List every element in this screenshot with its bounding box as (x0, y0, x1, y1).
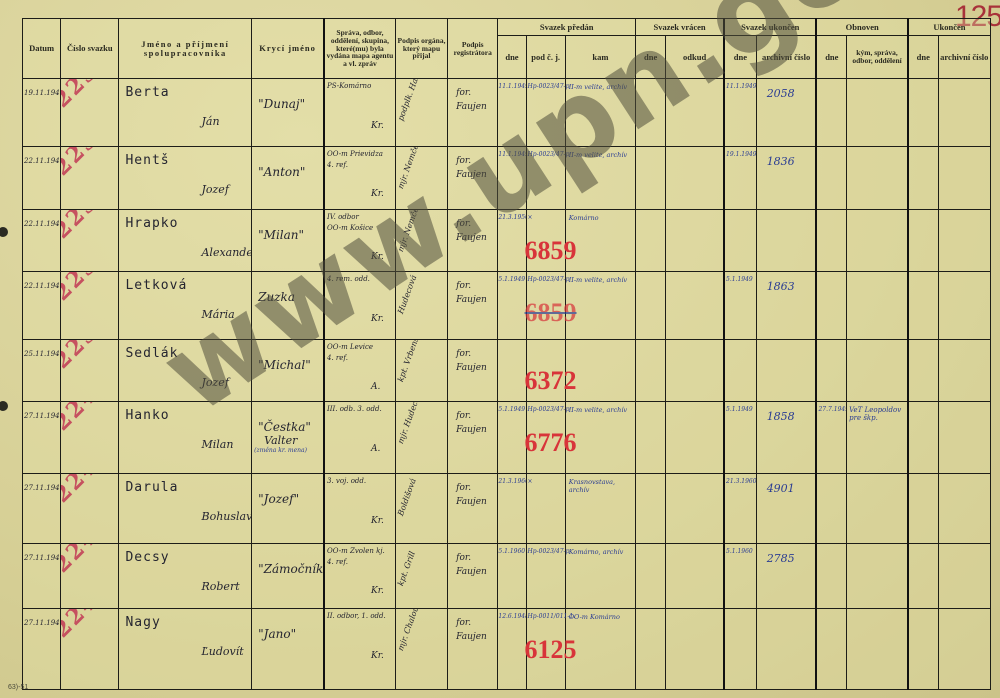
cell-predan-kam: OO-m Komárno (565, 609, 635, 690)
header-predan-pod-cj: pod č. j. (526, 36, 565, 79)
header-podpis-registratora: Podpis registrátora (448, 19, 498, 79)
cell-ukoncen-archivni-cislo: 2058 (756, 79, 816, 147)
header-ukoncen-dne: dne (724, 36, 756, 79)
cell-cislo-svazku: 2242 (61, 544, 119, 609)
handed-ref-number: × (528, 214, 533, 221)
cell-vracen-dne (636, 544, 666, 609)
table-row: ✓ 25.11.1947 2239 Sedlák Jozef "Michal" … (23, 340, 991, 402)
department: OO-m Levice (327, 343, 373, 351)
cell-ukoncen-archivni-cislo: 1858 (756, 402, 816, 474)
first-name: Jozef (201, 183, 228, 196)
surname: Berta (125, 85, 169, 100)
department-line2: 4. ref. (327, 354, 348, 362)
first-name: Alexander (201, 246, 251, 259)
cell-datum: ✓ 22.11.1947 (23, 147, 61, 210)
cell-vracen-dne (636, 210, 666, 272)
handed-destination: II-m velite, archív (569, 276, 629, 284)
cell-predan-dne: 21.3.1950 (498, 210, 526, 272)
cell-kryci-jmeno: Zuzka (252, 272, 324, 340)
renewed-by: VeT Leopoldov pre škp. (849, 406, 907, 422)
cell-ukoncen-archivni-cislo (756, 340, 816, 402)
header-datum: Datum (23, 19, 61, 79)
cell-vracen-dne (636, 402, 666, 474)
agent-registry-ledger: Datum Číslo svazku Jméno a příjmení spol… (22, 18, 991, 690)
cell-predan-cj: Hp-0023/47-p (526, 79, 565, 147)
cell-cislo-svazku: 2235 (61, 79, 119, 147)
cell-predan-kam: II-m velite, archív (565, 272, 635, 340)
bundle-number-stamp: 2240 (61, 402, 116, 437)
bundle-number-stamp: 2236 (61, 147, 116, 182)
header-svazek-vracen: Svazek vrácen (636, 19, 724, 36)
surname: Hrapko (125, 216, 178, 231)
department: IV. odbor (327, 213, 359, 221)
cell-predan-kam (565, 340, 635, 402)
cell-ukoncen-dne: 19.1.1949 (724, 147, 756, 210)
department-line2: 4. ref. (327, 161, 348, 169)
surname: Sedlák (125, 346, 178, 361)
renewed-date: 27.7.1949 (818, 406, 846, 413)
code-name: "Čestka" (258, 420, 311, 434)
cell-predan-cj: × (526, 474, 565, 544)
header-cislo-svazku: Číslo svazku (61, 19, 119, 79)
bundle-number-stamp: 2237 (61, 210, 116, 245)
closed-date: 11.1.1949 (726, 83, 756, 90)
header-final-dne: dne (908, 36, 938, 79)
registrar-signature: for. Faujen (456, 410, 486, 437)
cell-podpis-organa: mjr. Nemček (395, 147, 447, 210)
first-name: Jozef (201, 376, 228, 389)
cell-ukoncen-dne: 11.1.1949 (724, 79, 756, 147)
form-code: 63)-51 (8, 684, 28, 691)
cell-vracen-odkud (666, 79, 724, 147)
cell-kryci-jmeno: "Jano" (252, 609, 324, 690)
closed-date: 5.1.1960 (726, 548, 753, 555)
code-name: "Jozef" (258, 492, 299, 506)
cell-vracen-odkud (666, 210, 724, 272)
department-signature: Kr. (371, 651, 384, 661)
header-obnoven-kym: kým, správa, odbor, oddělení (847, 36, 908, 79)
code-name-note: (změna kr. mena) (254, 447, 307, 454)
header-ukoncen: Ukončen (908, 19, 991, 36)
cell-datum: ✓ 19.11.1947 (23, 79, 61, 147)
department-line2: OO-m Košice (327, 224, 373, 232)
registrar-signature: for. Faujen (456, 155, 486, 182)
punch-hole-top (0, 227, 8, 237)
cell-vracen-dne (636, 272, 666, 340)
handed-date: 5.1.1960 (498, 548, 525, 555)
cell-podpis-registratora: for. Faujen (448, 544, 498, 609)
cell-jmeno: Hentš Jozef (119, 147, 252, 210)
cell-sprava: 3. voj. odd. Kr. (324, 474, 395, 544)
handed-destination: Komárno, archív (569, 548, 629, 556)
cell-ukoncen-dne (724, 609, 756, 690)
cell-datum: ✓ 27.11.1947 (23, 609, 61, 690)
code-name: "Zámočník" (258, 562, 324, 576)
handed-ref-number: Hp-0023/47-p (528, 548, 570, 555)
cell-obnoven-dne (816, 609, 846, 690)
table-row: ✓ 22.11.1947 2238 Letková Mária Zuzka 4.… (23, 272, 991, 340)
cell-obnoven-kym (847, 474, 908, 544)
cell-sprava: OO-m Zvolen kj. 4. ref. Kr. (324, 544, 395, 609)
cell-final-dne (908, 402, 938, 474)
cell-vracen-dne (636, 474, 666, 544)
registrar-signature: for. Faujen (456, 617, 486, 644)
cell-vracen-dne (636, 79, 666, 147)
surname: Darula (125, 480, 178, 495)
cell-podpis-registratora: for. Faujen (448, 609, 498, 690)
cell-obnoven-dne (816, 79, 846, 147)
cell-jmeno: Letková Mária (119, 272, 252, 340)
header-obnoven-dne: dne (816, 36, 846, 79)
first-name: Ján (201, 115, 219, 128)
cell-ukoncen-dne: 5.1.1960 (724, 544, 756, 609)
cell-predan-dne: 5.1.1949 (498, 402, 526, 474)
datum-value: 22.11.1947 (24, 282, 61, 290)
cell-ukoncen-archivni-cislo: 2785 (756, 544, 816, 609)
bundle-number-stamp: 2242 (61, 544, 116, 579)
first-name: Ľudovít (201, 645, 243, 658)
cell-obnoven-dne (816, 544, 846, 609)
department-line2: 4. ref. (327, 558, 348, 566)
cell-final-archivni-cislo (938, 79, 990, 147)
cell-jmeno: Sedlák Jozef (119, 340, 252, 402)
handed-ref-number: × (528, 478, 533, 485)
table-row: ✓ 22.11.1947 2237 Hrapko Alexander "Mila… (23, 210, 991, 272)
handed-destination: II-m velite, archív (569, 83, 629, 91)
cell-podpis-organa: kpt. Vrbenský (395, 340, 447, 402)
cell-obnoven-dne (816, 147, 846, 210)
cell-final-dne (908, 147, 938, 210)
cell-sprava: III. odb. 3. odd. A. (324, 402, 395, 474)
cell-kryci-jmeno: "Dunaj" (252, 79, 324, 147)
department: II. odbor, 1. odd. (327, 612, 386, 620)
cell-datum: ✓ 22.11.1947 (23, 272, 61, 340)
cell-cislo-svazku: 2240 (61, 402, 119, 474)
header-podpis-organa: Podpis orgána, který mapu přijal (395, 19, 447, 79)
department-signature: Kr. (371, 252, 384, 262)
datum-value: 27.11.1947 (24, 619, 61, 627)
cell-final-archivni-cislo (938, 210, 990, 272)
cell-vracen-dne (636, 340, 666, 402)
cell-predan-dne: 21.3.1960 (498, 474, 526, 544)
cell-ukoncen-dne: 21.3.1960 (724, 474, 756, 544)
department-signature: A. (371, 444, 380, 454)
archive-number: 4901 (767, 482, 795, 495)
department: OO-m Zvolen kj. (327, 547, 385, 555)
officer-signature: mjr. Hudecký (396, 402, 423, 446)
department: 3. voj. odd. (327, 477, 366, 485)
cell-vracen-odkud (666, 474, 724, 544)
punch-hole-bottom (0, 401, 8, 411)
cell-final-dne (908, 210, 938, 272)
cell-podpis-organa: mjr. Nemček (395, 210, 447, 272)
department-signature: Kr. (371, 121, 384, 131)
cell-datum: ✓ 27.11.1947 (23, 544, 61, 609)
cell-kryci-jmeno: "Jozef" (252, 474, 324, 544)
cell-obnoven-dne: 27.7.1949 (816, 402, 846, 474)
department: III. odb. 3. odd. (327, 405, 382, 413)
handed-date: 11.1.1949 (498, 83, 526, 90)
cell-vracen-odkud (666, 402, 724, 474)
code-name-new: Valter (264, 434, 297, 447)
cell-jmeno: Hanko Milan (119, 402, 252, 474)
cell-ukoncen-dne (724, 210, 756, 272)
surname: Decsy (125, 550, 169, 565)
cell-final-archivni-cislo (938, 147, 990, 210)
cell-vracen-odkud (666, 609, 724, 690)
cell-final-dne (908, 272, 938, 340)
header-svazek-ukoncen: Svazek ukončen (724, 19, 816, 36)
cell-final-dne (908, 340, 938, 402)
registrar-signature: for. Faujen (456, 218, 486, 245)
cell-final-archivni-cislo (938, 544, 990, 609)
cell-podpis-registratora: for. Faujen (448, 147, 498, 210)
cell-sprava: OO-m Levice 4. ref. A. (324, 340, 395, 402)
table-row: ✓ 27.11.1947 2243 Nagy Ľudovít "Jano" II… (23, 609, 991, 690)
bundle-number-stamp: 2243 (61, 609, 116, 644)
surname: Hentš (125, 153, 169, 168)
cell-kryci-jmeno: "Zámočník" (252, 544, 324, 609)
code-name: "Dunaj" (258, 97, 305, 111)
cell-podpis-registratora: for. Faujen (448, 402, 498, 474)
cell-predan-kam: Komárno (565, 210, 635, 272)
cell-jmeno: Hrapko Alexander (119, 210, 252, 272)
cell-predan-cj: × 6859 (526, 210, 565, 272)
code-name: "Anton" (258, 165, 305, 179)
cell-cislo-svazku: 2236 (61, 147, 119, 210)
cell-jmeno: Nagy Ľudovít (119, 609, 252, 690)
handed-destination: Komárno (569, 214, 629, 222)
archive-number: 2058 (767, 87, 795, 100)
cell-final-dne (908, 544, 938, 609)
department: PS-Komárno (327, 82, 371, 90)
header-sprava: Správa, odbor, oddělení, skupina, které(… (324, 19, 395, 79)
cell-final-archivni-cislo (938, 402, 990, 474)
header-final-archivni-cislo: archivní číslo (938, 36, 990, 79)
cell-obnoven-kym (847, 147, 908, 210)
cell-sprava: IV. odbor OO-m Košice Kr. (324, 210, 395, 272)
cell-podpis-organa: mjr. Chaloupka (395, 609, 447, 690)
cell-podpis-registratora: for. Faujen (448, 210, 498, 272)
cell-predan-cj: Hp-0011/011-1. 6125 (526, 609, 565, 690)
registrar-signature: for. Faujen (456, 348, 486, 375)
first-name: Bohuslav (201, 510, 251, 523)
cell-kryci-jmeno: "Michal" (252, 340, 324, 402)
cell-predan-dne: 12.6.1948 (498, 609, 526, 690)
department-signature: Kr. (371, 586, 384, 596)
archive-number: 1836 (767, 155, 795, 168)
handed-destination: Krasnovstava, archív (569, 478, 629, 494)
handed-date: 5.1.1949 (498, 406, 525, 413)
cell-kryci-jmeno: "Anton" (252, 147, 324, 210)
cell-predan-dne: 11.1.1949 (498, 147, 526, 210)
surname: Nagy (125, 615, 160, 630)
cell-ukoncen-archivni-cislo (756, 210, 816, 272)
code-name: "Michal" (258, 358, 311, 372)
department-signature: Kr. (371, 314, 384, 324)
header-vracen-dne: dne (636, 36, 666, 79)
cell-podpis-organa: podplk. Hasenöhrl (395, 79, 447, 147)
archive-number: 1858 (767, 410, 795, 423)
code-name: Zuzka (258, 290, 295, 304)
datum-value: 19.11.1947 (24, 89, 61, 97)
cell-jmeno: Darula Bohuslav (119, 474, 252, 544)
cell-cislo-svazku: 2243 (61, 609, 119, 690)
cell-cislo-svazku: 2239 (61, 340, 119, 402)
header-ukoncen-archivni-cislo: archivní číslo (756, 36, 816, 79)
datum-value: 22.11.1947 (24, 220, 61, 228)
cell-ukoncen-archivni-cislo: 1836 (756, 147, 816, 210)
archive-number: 2785 (767, 552, 795, 565)
first-name: Milan (201, 438, 233, 451)
cell-vracen-odkud (666, 147, 724, 210)
handed-destination: II-m velite, archív (569, 406, 629, 414)
cell-predan-kam: II-m velite, archív (565, 147, 635, 210)
officer-signature: mjr. Chaloupka (396, 609, 425, 653)
datum-value: 22.11.1947 (24, 157, 61, 165)
officer-signature: Boldišová (396, 477, 418, 517)
cell-final-archivni-cislo (938, 272, 990, 340)
first-name: Mária (201, 308, 234, 321)
table-row: ✓ 27.11.1947 2240 Hanko Milan "Čestka" V… (23, 402, 991, 474)
cell-ukoncen-dne: 5.1.1949 (724, 272, 756, 340)
cell-sprava: PS-Komárno Kr. (324, 79, 395, 147)
handed-destination: OO-m Komárno (569, 613, 629, 621)
header-obnoven: Obnoven (816, 19, 907, 36)
cell-predan-cj: Hp-0023/47-p (526, 544, 565, 609)
registrar-signature: for. Faujen (456, 552, 486, 579)
datum-value: 25.11.1947 (24, 350, 61, 358)
cell-datum: ✓ 27.11.1947 (23, 402, 61, 474)
cell-jmeno: Decsy Robert (119, 544, 252, 609)
handed-ref-number: Hp-0023/47-p (528, 406, 570, 413)
cell-sprava: 4. rem. odd. Kr. (324, 272, 395, 340)
bundle-number-stamp: 2241 (61, 474, 116, 509)
closed-date: 5.1.1949 (726, 406, 753, 413)
cell-ukoncen-archivni-cislo (756, 609, 816, 690)
cell-podpis-organa: Boldišová (395, 474, 447, 544)
cell-vracen-odkud (666, 272, 724, 340)
header-jmeno: Jméno a příjmení spolupracovníka (119, 19, 252, 79)
cell-final-archivni-cislo (938, 474, 990, 544)
handed-destination: II-m velite, archív (569, 151, 629, 159)
cell-predan-kam: Krasnovstava, archív (565, 474, 635, 544)
cell-predan-cj: Hp-0023/47-p 6859 (526, 272, 565, 340)
cell-podpis-organa: Hudecová (395, 272, 447, 340)
cell-predan-cj: 6372 (526, 340, 565, 402)
cell-vracen-odkud (666, 340, 724, 402)
handed-date: 5.1.1949 (498, 276, 525, 283)
table-row: ✓ 19.11.1947 2235 Berta Ján "Dunaj" PS-K… (23, 79, 991, 147)
bundle-number-stamp: 2238 (61, 272, 116, 307)
cell-obnoven-kym (847, 609, 908, 690)
cell-predan-kam: II-m velite, archív (565, 402, 635, 474)
cell-obnoven-dne (816, 340, 846, 402)
closed-date: 19.1.1949 (726, 151, 756, 158)
department-signature: Kr. (371, 189, 384, 199)
handed-date: 21.3.1950 (498, 214, 526, 221)
department: 4. rem. odd. (327, 275, 370, 283)
cell-final-dne (908, 79, 938, 147)
cell-podpis-organa: mjr. Hudecký (395, 402, 447, 474)
cell-podpis-registratora: for. Faujen (448, 79, 498, 147)
cell-cislo-svazku: 2241 (61, 474, 119, 544)
table-row: ✓ 22.11.1947 2236 Hentš Jozef "Anton" OO… (23, 147, 991, 210)
cell-predan-kam: II-m velite, archív (565, 79, 635, 147)
cell-predan-cj: Hp-0023/47-p 6776 (526, 402, 565, 474)
cell-final-dne (908, 609, 938, 690)
cell-vracen-dne (636, 147, 666, 210)
datum-value: 27.11.1947 (24, 484, 61, 492)
cell-obnoven-dne (816, 474, 846, 544)
registrar-signature: for. Faujen (456, 280, 486, 307)
surname: Hanko (125, 408, 169, 423)
officer-signature: mjr. Nemček (396, 147, 422, 191)
cell-obnoven-kym (847, 272, 908, 340)
department-signature: A. (371, 382, 380, 392)
header-predan-dne: dne (498, 36, 526, 79)
handed-date: 21.3.1960 (498, 478, 526, 485)
bundle-number-stamp: 2235 (61, 79, 116, 114)
cell-ukoncen-dne (724, 340, 756, 402)
cell-predan-kam: Komárno, archív (565, 544, 635, 609)
header-kryci-jmeno: Krycí jméno (252, 19, 324, 79)
handed-date: 12.6.1948 (498, 613, 526, 620)
cell-sprava: OO-m Prievidza 4. ref. Kr. (324, 147, 395, 210)
handed-date: 11.1.1949 (498, 151, 526, 158)
cell-obnoven-kym (847, 210, 908, 272)
cell-obnoven-kym (847, 340, 908, 402)
cell-predan-dne: 5.1.1960 (498, 544, 526, 609)
cell-podpis-registratora: for. Faujen (448, 272, 498, 340)
bundle-number-stamp: 2239 (61, 340, 116, 375)
cell-ukoncen-dne: 5.1.1949 (724, 402, 756, 474)
code-name: "Milan" (258, 228, 304, 242)
cell-final-dne (908, 474, 938, 544)
cell-ukoncen-archivni-cislo: 4901 (756, 474, 816, 544)
handed-ref-number: Hp-0023/47-p (528, 276, 570, 283)
cell-cislo-svazku: 2238 (61, 272, 119, 340)
cell-obnoven-kym (847, 544, 908, 609)
surname: Letková (125, 278, 187, 293)
cell-datum: ✓ 22.11.1947 (23, 210, 61, 272)
header-predan-kam: kam (565, 36, 635, 79)
cell-kryci-jmeno: "Čestka" Valter (změna kr. mena) (252, 402, 324, 474)
code-name: "Jano" (258, 627, 296, 641)
registrar-signature: for. Faujen (456, 482, 486, 509)
cell-datum: ✓ 25.11.1947 (23, 340, 61, 402)
cell-predan-dne: 11.1.1949 (498, 79, 526, 147)
cell-vracen-dne (636, 609, 666, 690)
cell-jmeno: Berta Ján (119, 79, 252, 147)
closed-date: 5.1.1949 (726, 276, 753, 283)
officer-signature: kpt. Grill (396, 550, 417, 587)
handed-ref-number: Hp-0023/47-p (528, 83, 570, 90)
cell-obnoven-dne (816, 272, 846, 340)
department: OO-m Prievidza (327, 150, 383, 158)
header-svazek-predan: Svazek předán (498, 19, 636, 36)
cell-vracen-odkud (666, 544, 724, 609)
closed-date: 21.3.1960 (726, 478, 756, 485)
department-signature: Kr. (371, 516, 384, 526)
header-vracen-odkud: odkud (666, 36, 724, 79)
cell-predan-cj: Hp-0023/47-p (526, 147, 565, 210)
archive-number: 1863 (767, 280, 795, 293)
cell-final-archivni-cislo (938, 609, 990, 690)
table-row: ✓ 27.11.1947 2242 Decsy Robert "Zámočník… (23, 544, 991, 609)
datum-value: 27.11.1947 (24, 554, 61, 562)
datum-value: 27.11.1947 (24, 412, 61, 420)
